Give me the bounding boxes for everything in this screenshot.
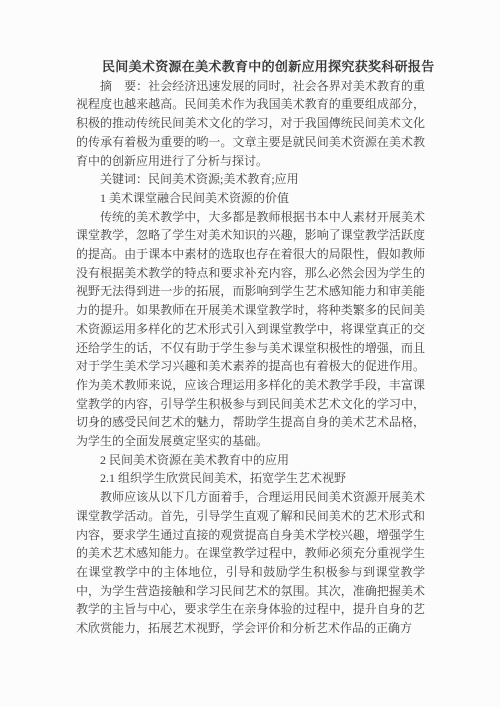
- heading-section-2: 2 民间美术资源在美术教育中的应用: [76, 451, 425, 470]
- paragraph-keywords: 关键词：民间美术资源;美术教育;应用: [76, 170, 425, 189]
- document-page: 民间美术资源在美术教育中的创新应用探究获奖科研报告 摘 要：社会经济迅速发展的同…: [0, 0, 500, 707]
- paragraph-section-2-1-body: 教师应该从以下几方面着手，合理运用民间美术资源开展美术课堂教学活动。首先，引导学…: [76, 488, 425, 638]
- paragraph-section-1-body: 传统的美术教学中，大多都是教师根据书本中人素材开展美术课堂教学，忽略了学生对美术…: [76, 208, 425, 451]
- heading-section-1: 1 美术课堂融合民间美术资源的价值: [76, 189, 425, 208]
- document-text-block: 民间美术资源在美术教育中的创新应用探究获奖科研报告 摘 要：社会经济迅速发展的同…: [76, 58, 425, 638]
- heading-section-2-1: 2.1 组织学生欣赏民间美术，拓宽学生艺术视野: [76, 469, 425, 488]
- paragraph-abstract: 摘 要：社会经济迅速发展的同时，社会各界对美术教育的重视程度也越来越高。民间美术…: [76, 77, 425, 171]
- document-title: 民间美术资源在美术教育中的创新应用探究获奖科研报告: [76, 58, 425, 77]
